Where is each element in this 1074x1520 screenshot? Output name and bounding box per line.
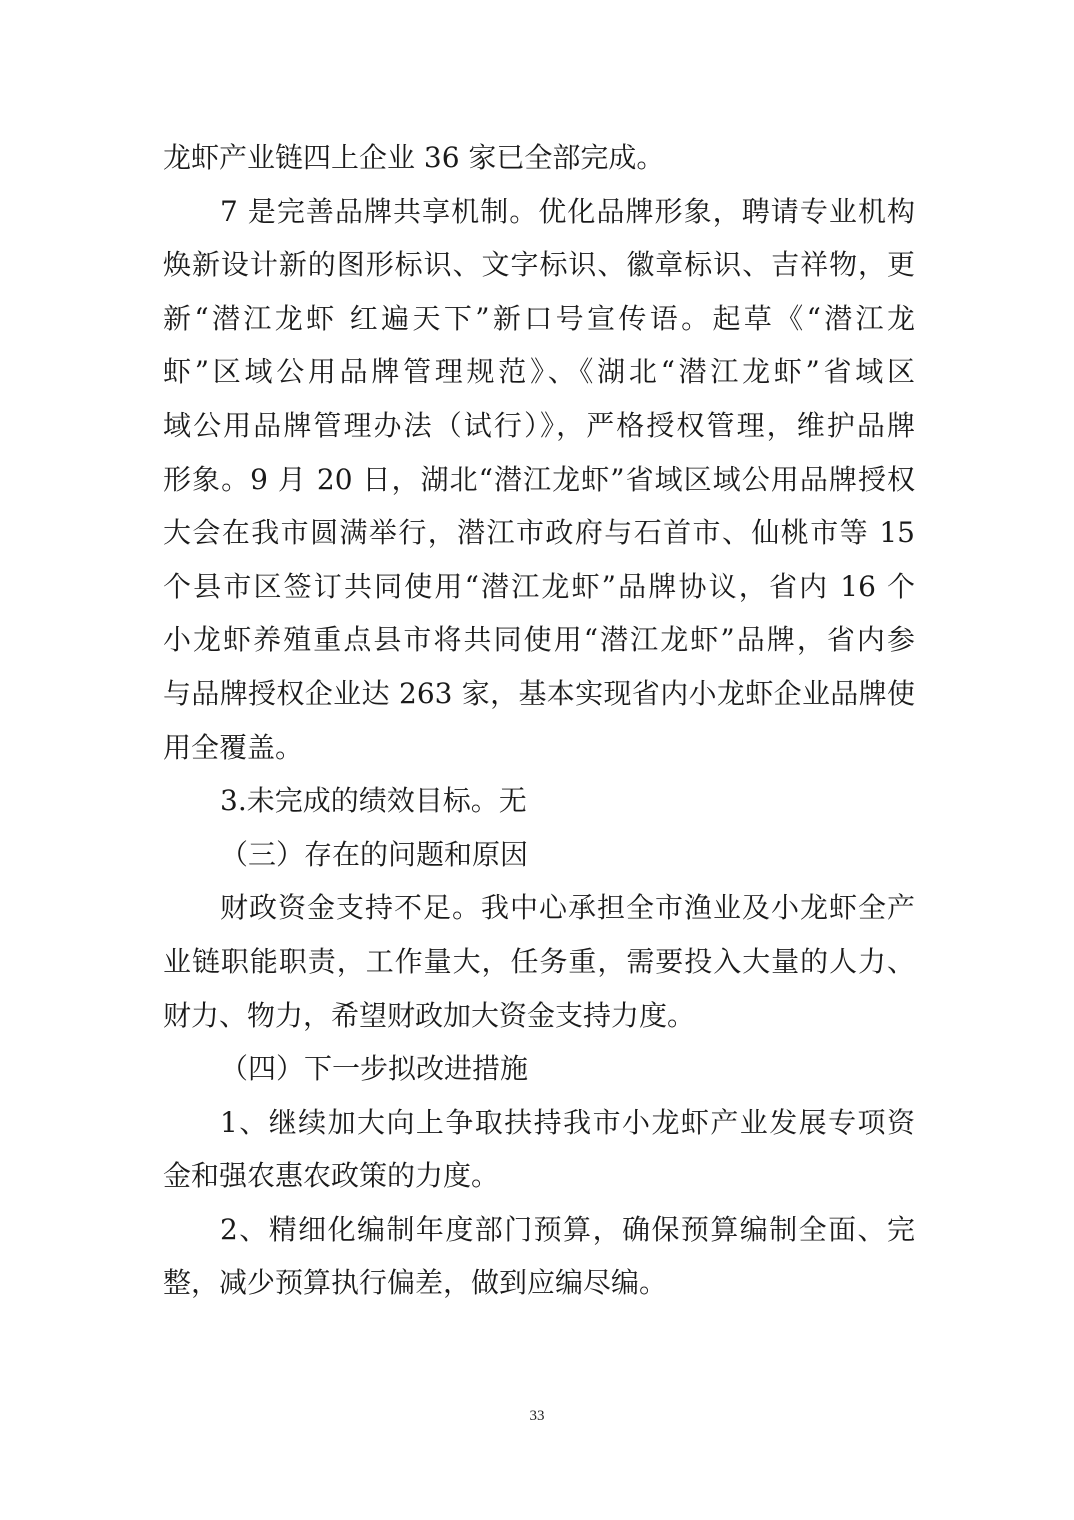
text-line: 财政资金支持不足。我中心承担全市渔业及小龙虾全产 [163, 887, 915, 941]
page-number: 33 [0, 1408, 1074, 1425]
text-line: 3.未完成的绩效目标。无 [163, 780, 915, 834]
text-line: 新“潜江龙虾 红遍天下”新口号宣传语。起草《“潜江龙 [163, 298, 915, 352]
text-line: 与品牌授权企业达 263 家，基本实现省内小龙虾企业品牌使 [163, 673, 915, 727]
section-heading: （四）下一步拟改进措施 [163, 1048, 915, 1102]
document-page: 龙虾产业链四上企业 36 家已全部完成。 7 是完善品牌共享机制。优化品牌形象，… [163, 137, 915, 1316]
text-line: 虾”区域公用品牌管理规范》、《湖北“潜江龙虾”省域区 [163, 351, 915, 405]
text-line: 个县市区签订共同使用“潜江龙虾”品牌协议，省内 16 个 [163, 566, 915, 620]
text-line: 龙虾产业链四上企业 36 家已全部完成。 [163, 137, 915, 191]
text-line: 整，减少预算执行偏差，做到应编尽编。 [163, 1262, 915, 1316]
text-line: 大会在我市圆满举行，潜江市政府与石首市、仙桃市等 15 [163, 512, 915, 566]
text-line: 财力、物力，希望财政加大资金支持力度。 [163, 995, 915, 1049]
text-line: 焕新设计新的图形标识、文字标识、徽章标识、吉祥物，更 [163, 244, 915, 298]
text-line: 1、继续加大向上争取扶持我市小龙虾产业发展专项资 [163, 1102, 915, 1156]
text-line: 业链职能职责，工作量大，任务重，需要投入大量的人力、 [163, 941, 915, 995]
text-line: 用全覆盖。 [163, 727, 915, 781]
text-line: 域公用品牌管理办法（试行）》，严格授权管理，维护品牌 [163, 405, 915, 459]
section-heading: （三）存在的问题和原因 [163, 834, 915, 888]
text-line: 7 是完善品牌共享机制。优化品牌形象，聘请专业机构 [163, 191, 915, 245]
text-line: 金和强农惠农政策的力度。 [163, 1155, 915, 1209]
text-line: 形象。9 月 20 日，湖北“潜江龙虾”省域区域公用品牌授权 [163, 459, 915, 513]
text-line: 2、精细化编制年度部门预算，确保预算编制全面、完 [163, 1209, 915, 1263]
text-line: 小龙虾养殖重点县市将共同使用“潜江龙虾”品牌，省内参 [163, 619, 915, 673]
